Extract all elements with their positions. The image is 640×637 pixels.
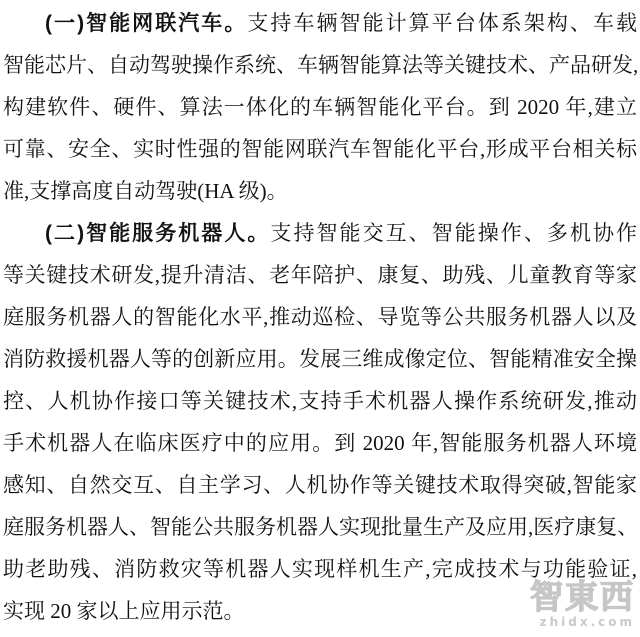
text-line: 准,支撑高度自动驾驶(HA 级)。 bbox=[3, 170, 637, 212]
paragraph-1: (一)智能网联汽车。支持车辆智能计算平台体系架构、车载 智能芯片、自动驾驶操作系… bbox=[3, 2, 637, 212]
text-line: 实现 20 家以上应用示范。 bbox=[3, 590, 637, 632]
text-line: 等关键技术研发,提升清洁、老年陪护、康复、助残、儿童教育等家 bbox=[3, 254, 637, 296]
text-line: 智能芯片、自动驾驶操作系统、车辆智能算法等关键技术、产品研发, bbox=[3, 44, 637, 86]
text-line: 感知、自然交互、自主学习、人机协作等关键技术取得突破,智能家 bbox=[3, 464, 637, 506]
section-heading-2: (二)智能服务机器人。 bbox=[45, 222, 270, 245]
text-line: (二)智能服务机器人。支持智能交互、智能操作、多机协作 bbox=[3, 212, 637, 254]
text-line: 手术机器人在临床医疗中的应用。到 2020 年,智能服务机器人环境 bbox=[3, 422, 637, 464]
text-segment: 支持车辆智能计算平台体系架构、车载 bbox=[247, 11, 637, 35]
text-line: 庭服务机器人、智能公共服务机器人实现批量生产及应用,医疗康复、 bbox=[3, 506, 637, 548]
text-line: 控、人机协作接口等关键技术,支持手术机器人操作系统研发,推动 bbox=[3, 380, 637, 422]
document-body: (一)智能网联汽车。支持车辆智能计算平台体系架构、车载 智能芯片、自动驾驶操作系… bbox=[3, 2, 637, 632]
text-line: (一)智能网联汽车。支持车辆智能计算平台体系架构、车载 bbox=[3, 2, 637, 44]
text-segment: 支持智能交互、智能操作、多机协作 bbox=[270, 221, 637, 245]
text-line: 助老助残、消防救灾等机器人实现样机生产,完成技术与功能验证, bbox=[3, 548, 637, 590]
paragraph-2: (二)智能服务机器人。支持智能交互、智能操作、多机协作 等关键技术研发,提升清洁… bbox=[3, 212, 637, 632]
document-page: { "document": { "paragraph1": { "heading… bbox=[0, 0, 640, 637]
text-line: 构建软件、硬件、算法一体化的车辆智能化平台。到 2020 年,建立 bbox=[3, 86, 637, 128]
section-heading-1: (一)智能网联汽车。 bbox=[45, 12, 247, 35]
text-line: 可靠、安全、实时性强的智能网联汽车智能化平台,形成平台相关标 bbox=[3, 128, 637, 170]
text-line: 庭服务机器人的智能化水平,推动巡检、导览等公共服务机器人以及 bbox=[3, 296, 637, 338]
text-line: 消防救援机器人等的创新应用。发展三维成像定位、智能精准安全操 bbox=[3, 338, 637, 380]
